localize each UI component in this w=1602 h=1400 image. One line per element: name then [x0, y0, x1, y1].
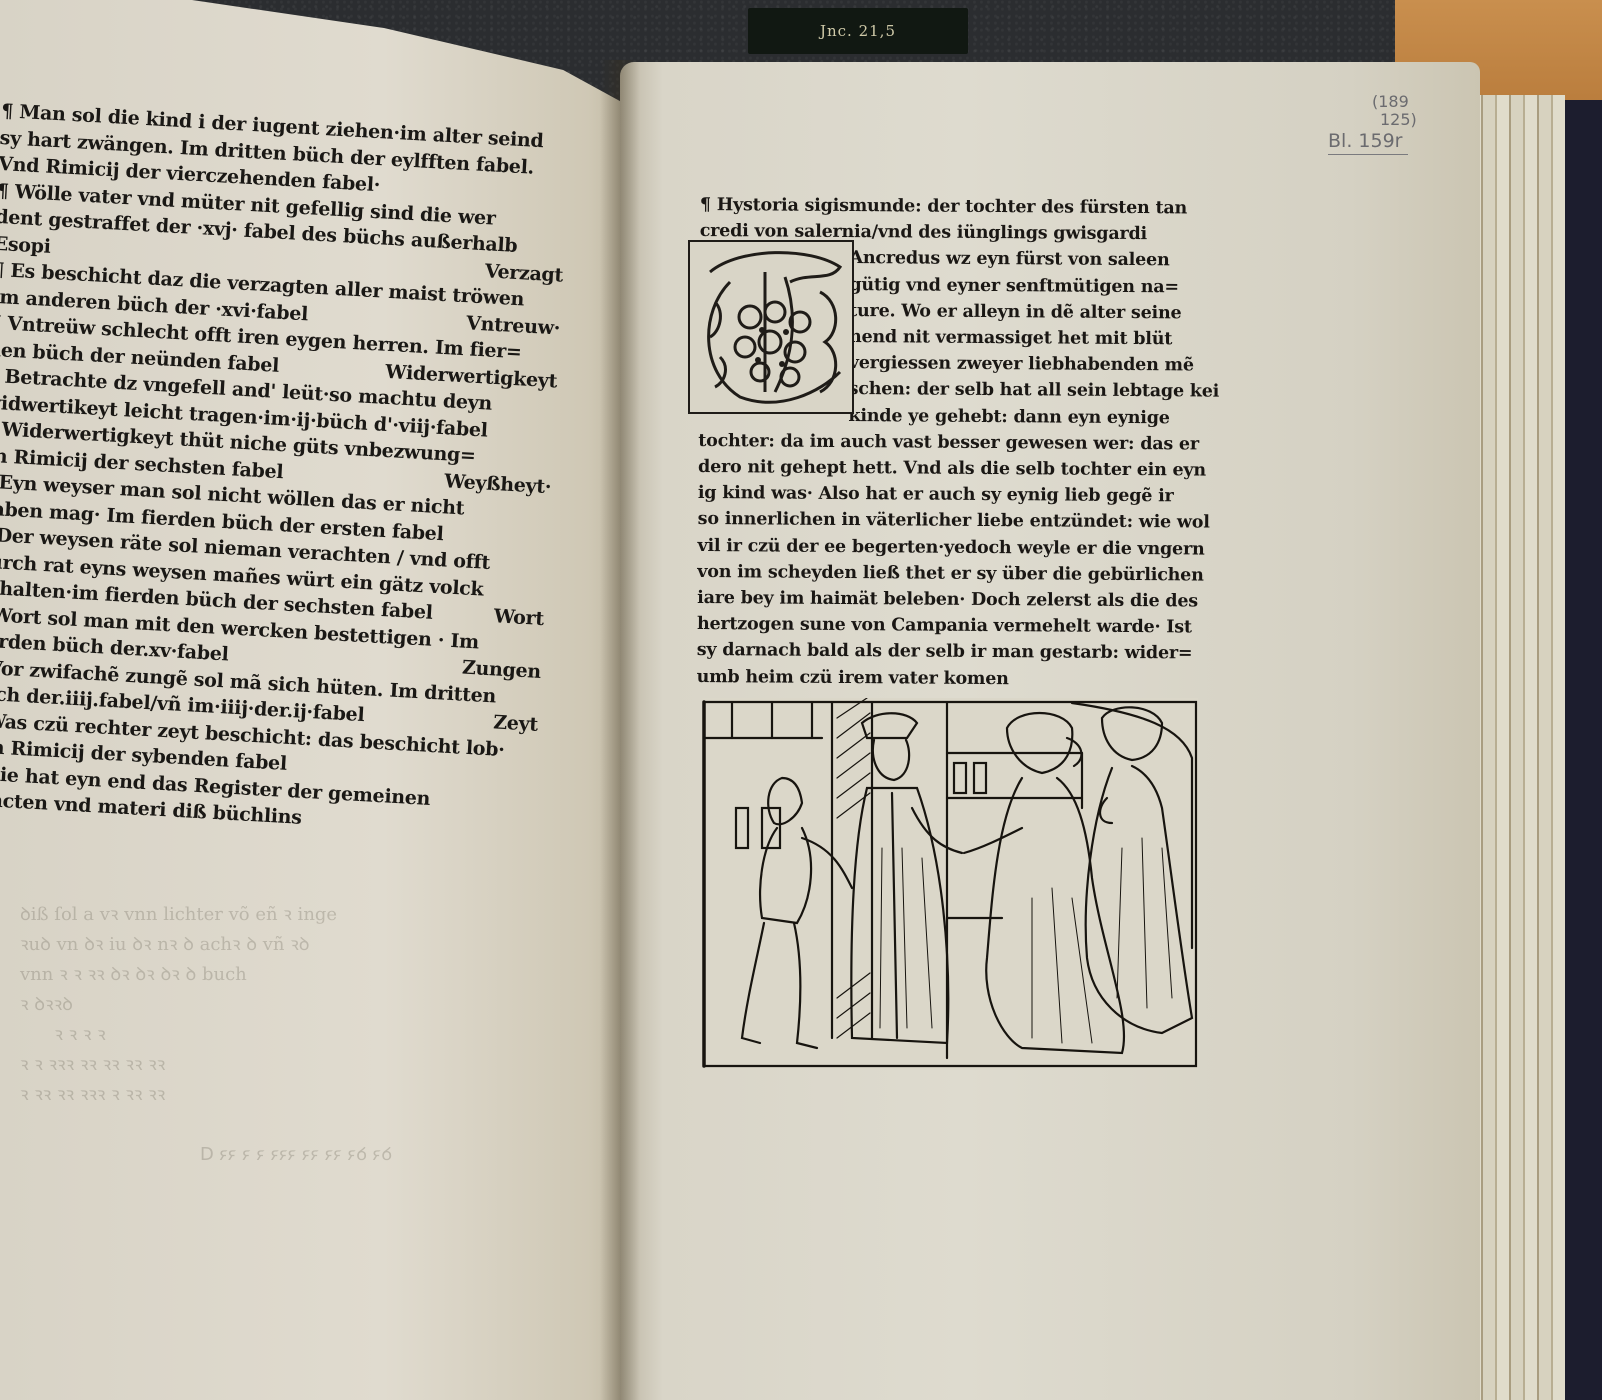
shelfmark-text: Jnc. 21,5 — [820, 22, 896, 40]
show-through-text: ꝺiß ſol a vꝛ vnn lichter võ eñ ꝛ inge ꝛu… — [20, 900, 337, 1110]
pencil-leaf-number: Bl. 159r — [1328, 130, 1408, 155]
story-body-line: von im scheyden ließ thet er sy über die… — [697, 559, 1217, 589]
woodcut-scene-icon — [702, 698, 1198, 1070]
story-body-line: sy darnach bald als der selb ir man gest… — [697, 637, 1217, 667]
story-body-line: vil ir czü der ee begerten·yedoch weyle … — [697, 533, 1217, 563]
story-body-line: ig kind was· Also hat er auch sy eynig l… — [698, 480, 1218, 510]
pencil-foliation-2: 125) — [1380, 110, 1417, 129]
story-heading-line: ¶ Hystoria sigismunde: der tochter des f… — [700, 192, 1220, 222]
story-body-line: hertzogen sune von Campania vermehelt wa… — [697, 611, 1217, 641]
shelfmark-label: Jnc. 21,5 — [748, 8, 968, 54]
register-keyword: Zeyt — [493, 709, 539, 738]
left-page-register-text: ¶ Man sol die kind i der iugent ziehen·i… — [0, 98, 571, 844]
story-body-line: iare bey im haimät beleben· Doch zelerst… — [697, 585, 1217, 615]
story-body-line: so innerlichen in väterlicher liebe entz… — [698, 506, 1218, 536]
pencil-foliation-1: (189 — [1372, 92, 1409, 111]
register-keyword: Wort — [493, 603, 544, 632]
show-through-mirror: ꝺꝛ ꝺꝛ ꝛꝛ ꝛꝛ ꝛꝛꝛ ꝛ ꝛ ꝛꝛ ᗡ — [200, 1140, 392, 1170]
story-body-line: tochter: da im auch vast besser gewesen … — [698, 428, 1218, 458]
gutter-shadow — [600, 60, 640, 1400]
decorated-initial-t — [688, 240, 854, 414]
woodcut-illustration — [702, 698, 1198, 1070]
ornament-initial-icon — [690, 242, 852, 412]
story-body-line: umb heim czü irem vater komen — [697, 664, 1217, 694]
register-entry-text: Esopi — [0, 230, 51, 260]
story-body-line: dero nit gehept hett. Vnd als die selb t… — [698, 454, 1218, 484]
